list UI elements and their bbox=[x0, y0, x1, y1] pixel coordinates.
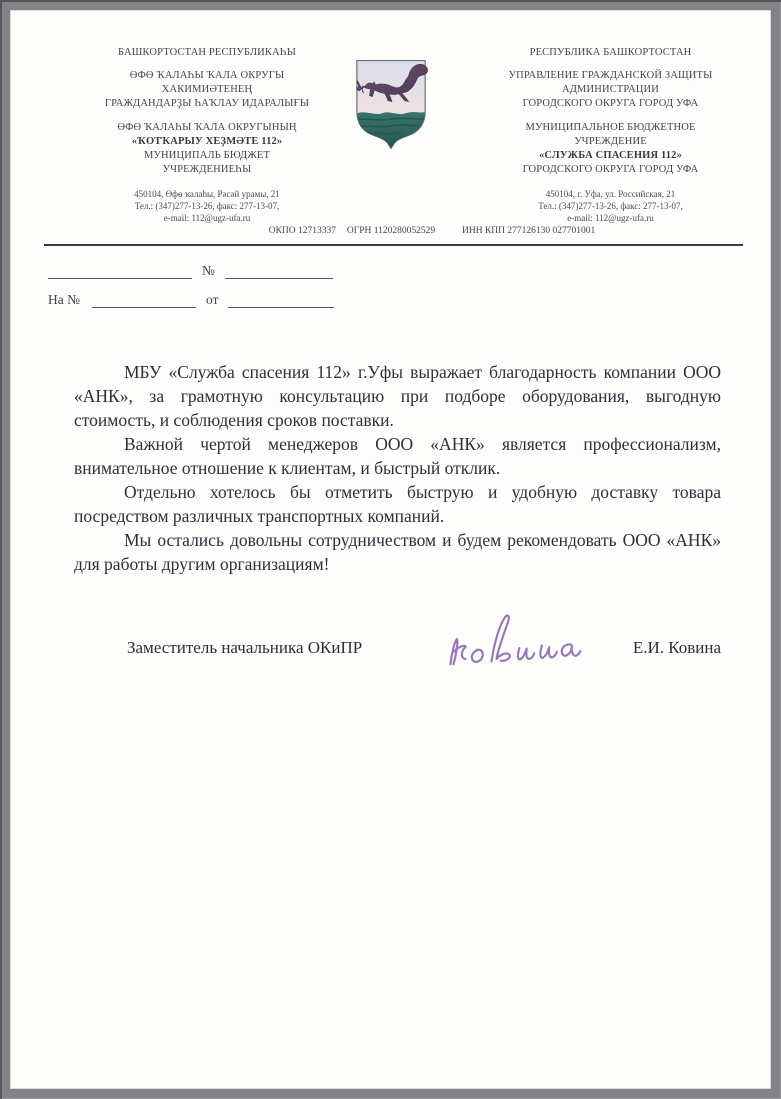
registration-row: ОКПО 12713337 ОГРН 1120280052529 ИНН КПП… bbox=[10, 226, 771, 236]
body-paragraph: Мы остались довольны сотрудничеством и б… bbox=[74, 528, 721, 576]
right-org-name: «СЛУЖБА СПАСЕНИЯ 112» bbox=[474, 149, 747, 163]
ufa-coat-of-arms-icon bbox=[351, 57, 431, 150]
incoming-number-blank bbox=[92, 294, 196, 308]
letterhead-left-bashkir: БАШКОРТОСТАН РЕСПУБЛИКАҺЫ ӨФӨ ҠАЛАҺЫ ҠАЛ… bbox=[78, 46, 336, 224]
letter-body: МБУ «Служба спасения 112» г.Уфы выражает… bbox=[74, 360, 721, 576]
outgoing-date-blank bbox=[48, 265, 192, 279]
left-admin-line: ХАКИМИӘТЕНЕҢ bbox=[78, 83, 336, 97]
signature-block: Заместитель начальника ОКиПР Е.И. Ковина bbox=[10, 638, 771, 658]
letter-page: БАШКОРТОСТАН РЕСПУБЛИКАҺЫ ӨФӨ ҠАЛАҺЫ ҠАЛ… bbox=[10, 10, 771, 1089]
left-org-line: УЧРЕЖДЕНИЕҺЫ bbox=[78, 163, 336, 177]
handwritten-signature bbox=[436, 595, 596, 678]
letterhead-rule bbox=[44, 244, 743, 246]
left-republic-line: БАШКОРТОСТАН РЕСПУБЛИКАҺЫ bbox=[78, 46, 336, 60]
right-admin-line: АДМИНИСТРАЦИИ bbox=[474, 83, 747, 97]
number-sign-label: № bbox=[202, 263, 215, 279]
reference-block: № На № от bbox=[48, 263, 771, 308]
ot-label: от bbox=[206, 292, 218, 308]
left-email-line: e-mail: 112@ugz-ufa.ru bbox=[78, 212, 336, 224]
body-paragraph: МБУ «Служба спасения 112» г.Уфы выражает… bbox=[74, 360, 721, 432]
outgoing-number-row: № bbox=[48, 263, 771, 279]
left-admin-line: ГРАЖДАНДАРҘЫ ҺАҠЛАУ ИДАРАЛЫҒЫ bbox=[78, 97, 336, 111]
okpo-number: ОКПО 12713337 bbox=[78, 226, 336, 236]
incoming-date-blank bbox=[228, 294, 334, 308]
right-email-line: e-mail: 112@ugz-ufa.ru bbox=[474, 212, 747, 224]
right-address-line: 450104, г. Уфа, ул. Российская, 21 bbox=[474, 188, 747, 200]
signer-title: Заместитель начальника ОКиПР bbox=[127, 638, 362, 658]
left-phone-line: Тел.: (347)277-13-26, факс: 277-13-07, bbox=[78, 200, 336, 212]
right-org-line: МУНИЦИПАЛЬНОЕ БЮДЖЕТНОЕ bbox=[474, 121, 747, 135]
signer-name: Е.И. Ковина bbox=[633, 638, 721, 658]
incoming-number-row: На № от bbox=[48, 292, 771, 308]
right-org-line: УЧРЕЖДЕНИЕ bbox=[474, 135, 747, 149]
letterhead: БАШКОРТОСТАН РЕСПУБЛИКАҺЫ ӨФӨ ҠАЛАҺЫ ҠАЛ… bbox=[10, 46, 771, 224]
inn-kpp-number: ИНН КПП 277126130 027701001 bbox=[446, 226, 747, 236]
body-paragraph: Отдельно хотелось бы отметить быструю и … bbox=[74, 480, 721, 528]
emblem-cell bbox=[336, 46, 446, 150]
left-org-line: ӨФӨ ҠАЛАҺЫ ҠАЛА ОКРУГЫНЫҢ bbox=[78, 121, 336, 135]
right-republic-line: РЕСПУБЛИКА БАШКОРТОСТАН bbox=[474, 46, 747, 60]
outgoing-number-blank bbox=[225, 265, 333, 279]
left-org-name: «ҠОТҠАРЫУ ХЕҘМӘТЕ 112» bbox=[78, 135, 336, 149]
right-phone-line: Тел.: (347)277-13-26, факс: 277-13-07, bbox=[474, 200, 747, 212]
right-admin-line: ГОРОДСКОГО ОКРУГА ГОРОД УФА bbox=[474, 97, 747, 111]
left-address-line: 450104, Өфө ҡалаһы, Рәсәй урамы, 21 bbox=[78, 188, 336, 200]
right-admin-line: УПРАВЛЕНИЕ ГРАЖДАНСКОЙ ЗАЩИТЫ bbox=[474, 69, 747, 83]
scan-frame: БАШКОРТОСТАН РЕСПУБЛИКАҺЫ ӨФӨ ҠАЛАҺЫ ҠАЛ… bbox=[0, 0, 781, 1099]
left-org-line: МУНИЦИПАЛЬ БЮДЖЕТ bbox=[78, 149, 336, 163]
body-paragraph: Важной чертой менеджеров ООО «АНК» являе… bbox=[74, 432, 721, 480]
letterhead-right-russian: РЕСПУБЛИКА БАШКОРТОСТАН УПРАВЛЕНИЕ ГРАЖД… bbox=[446, 46, 747, 224]
left-admin-line: ӨФӨ ҠАЛАҺЫ ҠАЛА ОКРУГЫ bbox=[78, 69, 336, 83]
ogrn-number: ОГРН 1120280052529 bbox=[336, 226, 446, 236]
right-org-line: ГОРОДСКОГО ОКРУГА ГОРОД УФА bbox=[474, 163, 747, 177]
na-number-label: На № bbox=[48, 292, 80, 308]
